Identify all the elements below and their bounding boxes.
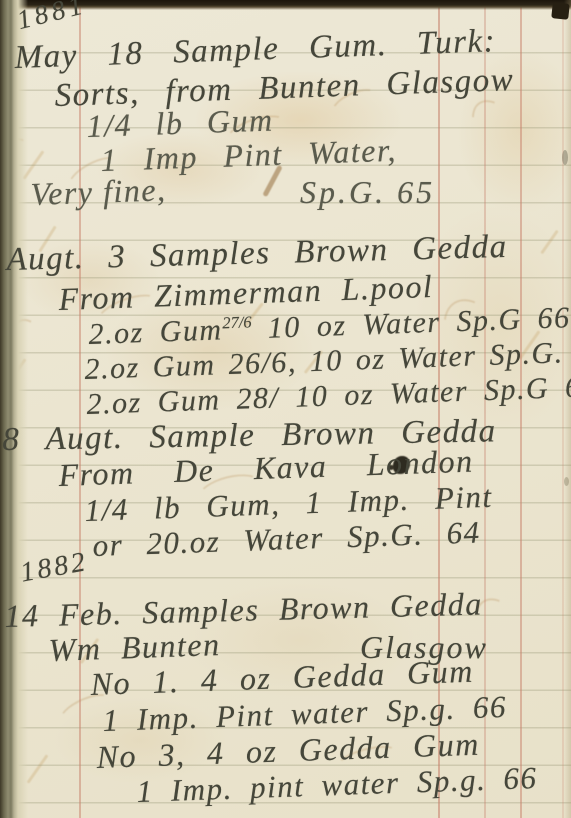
year-1881: 1881 [14, 0, 89, 36]
page-right-edge [564, 0, 571, 818]
entry4-header: 14 Feb. Samples Brown Gedda [4, 585, 483, 635]
margin-rule-left [79, 0, 81, 818]
entry1-result: Very fine, [30, 171, 167, 213]
edge-smudge-2 [564, 477, 569, 486]
year-1882: 1882 [18, 546, 91, 589]
entry2-test1-qty: 2.oz Gum [88, 313, 223, 351]
edge-smudge-1 [562, 150, 568, 165]
ledger-rule-3 [520, 0, 522, 818]
entry1-spg: Sp.G. 65 [300, 174, 435, 211]
notebook-page: 1881 May 18 Sample Gum. Turk: Sorts, fro… [0, 0, 571, 818]
page-binding-edge [0, 0, 28, 818]
corner-dark-mark [551, 2, 570, 20]
ledger-rule-4 [562, 0, 564, 818]
entry2-test1-price: 27/6 [222, 312, 252, 332]
